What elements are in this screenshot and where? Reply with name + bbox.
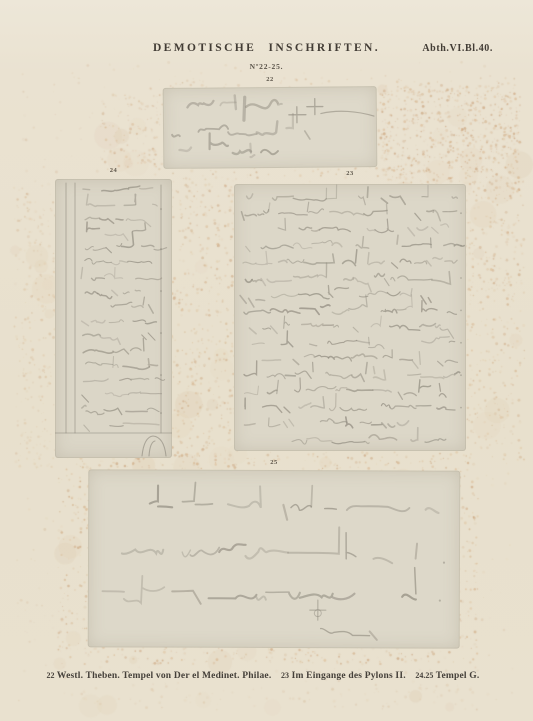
bold-vertical-stroke [244, 97, 245, 120]
inscription-panel-24 [55, 179, 172, 458]
arch-glyph [142, 436, 166, 456]
figure-23-number: 23 [234, 170, 466, 177]
caption-text-23: Im Eingange des Pylons II. [292, 671, 406, 681]
inscription-23-drawing [234, 184, 466, 451]
figure-22-number: 22 [163, 76, 377, 83]
long-stroke [321, 111, 374, 117]
inscription-25-drawing [88, 469, 461, 648]
figure-24-number: 24 [55, 167, 172, 174]
circle-cross-mark [310, 600, 326, 620]
inscription-panel-25 [88, 469, 461, 648]
series-number-label: Nº22-25. [0, 62, 533, 71]
figure-25-number: 25 [88, 459, 460, 466]
inscription-22-drawing [163, 86, 378, 169]
caption-text-24-25: Tempel G. [436, 671, 480, 681]
plate-caption: 22 Westl. Theben. Tempel von Der el Medi… [0, 671, 533, 681]
plate-reference: Abth.VI.Bl.40. [422, 43, 493, 54]
caption-number-24-25: 24.25 [415, 671, 433, 680]
plate-page: DEMOTISCHE INSCHRIFTEN. Abth.VI.Bl.40. N… [0, 0, 533, 721]
inscription-24-drawing [55, 179, 172, 458]
inscription-panel-22 [163, 86, 378, 169]
inscription-panel-23 [234, 184, 466, 451]
caption-text-22: Westl. Theben. Tempel von Der el Medinet… [57, 671, 272, 681]
caption-number-23: 23 [281, 671, 289, 680]
caption-number-22: 22 [47, 671, 55, 680]
